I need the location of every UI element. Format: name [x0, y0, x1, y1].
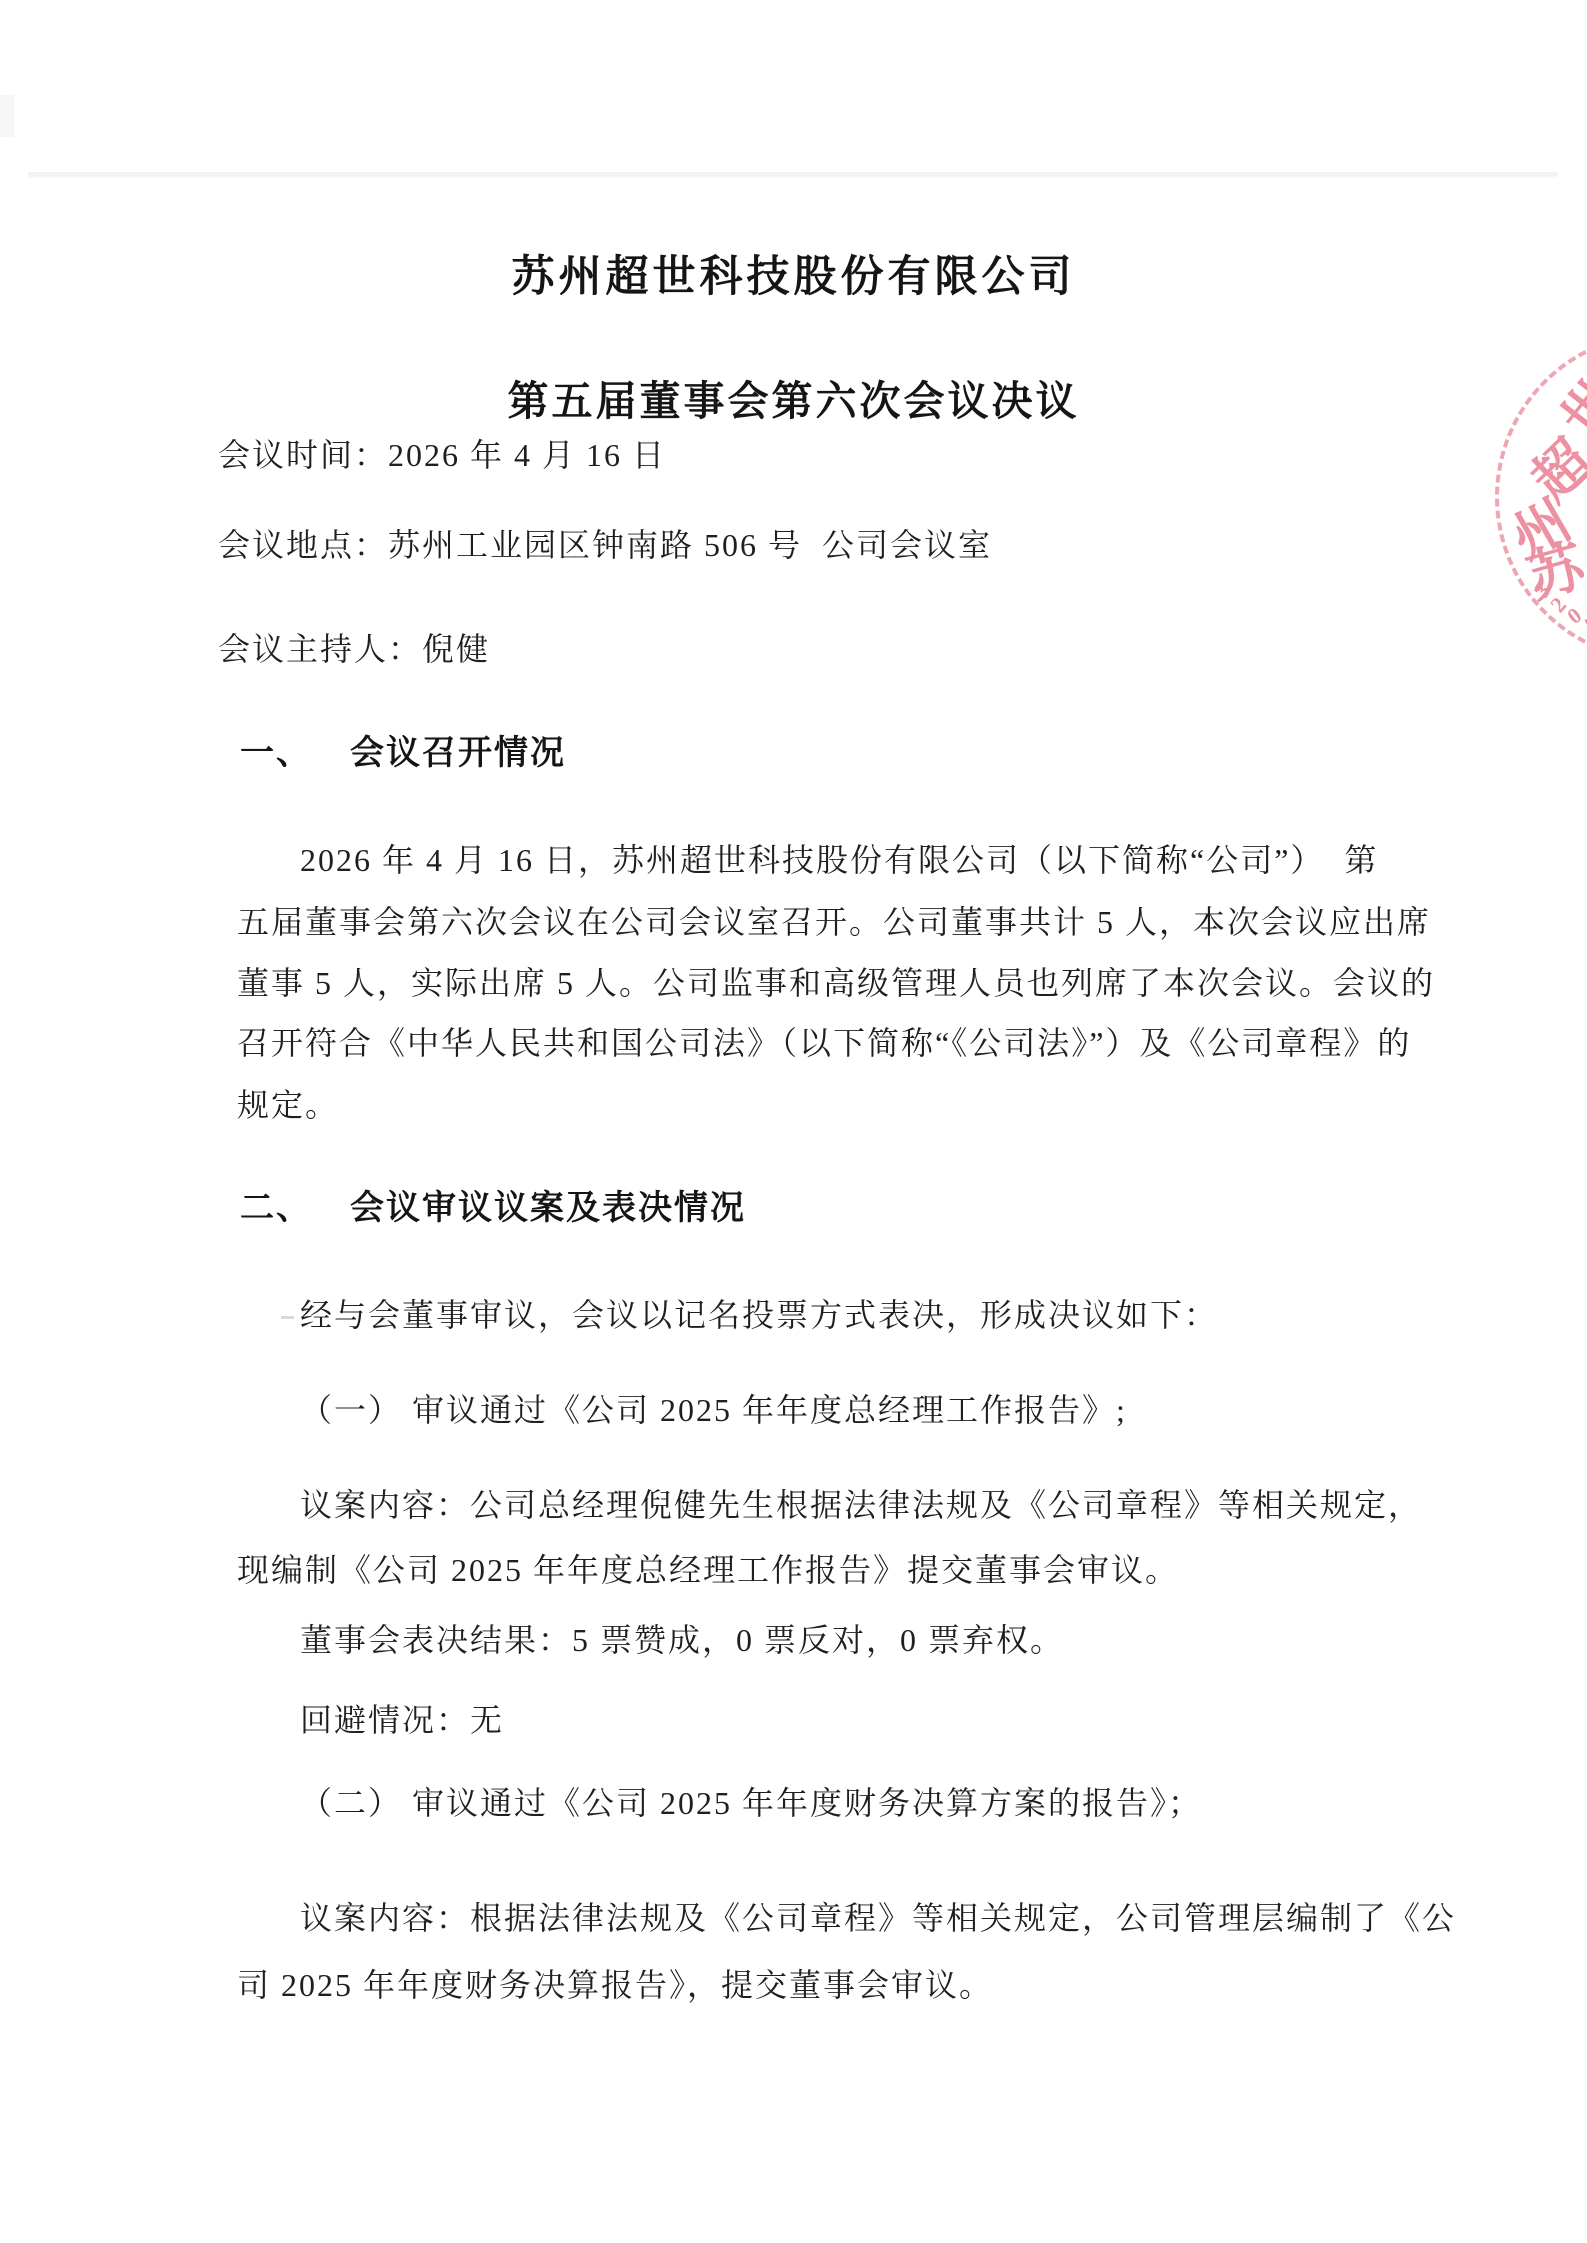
section2-intro: 经与会董事审议，会议以记名投票方式表决，形成决议如下： [300, 1298, 1218, 1333]
item1-heading: （一） 审议通过《公司 2025 年年度总经理工作报告》; [300, 1393, 1127, 1428]
section1-paragraph-line5: 规定。 [237, 1088, 339, 1123]
section2-number: 二、 [240, 1190, 312, 1227]
item1-content-line1: 议案内容：公司总经理倪健先生根据法律法规及《公司章程》等相关规定， [300, 1488, 1422, 1523]
meeting-place: 会议地点：苏州工业园区钟南路 506 号 公司会议室 [218, 528, 992, 563]
section1-number: 一、 [240, 735, 312, 772]
section2-title: 会议审议议案及表决情况 [350, 1190, 746, 1227]
item1-content-line2: 现编制《公司 2025 年年度总经理工作报告》提交董事会审议。 [237, 1553, 1179, 1588]
company-title: 苏州超世科技股份有限公司 [0, 243, 1587, 304]
section1-title: 会议召开情况 [350, 735, 566, 772]
item2-heading: （二） 审议通过《公司 2025 年年度财务决算方案的报告》； [300, 1786, 1202, 1821]
scan-dash-artifact [281, 1316, 294, 1319]
item2-content-line2: 司 2025 年年度财务决算报告》，提交董事会审议。 [237, 1968, 993, 2003]
meeting-time: 会议时间：2026 年 4 月 16 日 [218, 438, 666, 473]
item1-vote-result: 董事会表决结果：5 票赞成，0 票反对，0 票弃权。 [300, 1623, 1064, 1658]
scan-artifact-line [28, 172, 1558, 178]
item2-content-line1: 议案内容：根据法律法规及《公司章程》等相关规定，公司管理层编制了《公 [300, 1901, 1456, 1936]
document-page: 苏州超世科技股份有限公司 第五届董事会第六次会议决议 会议时间：2026 年 4… [0, 0, 1587, 2243]
section1-paragraph-line4: 召开符合《中华人民共和国公司法》（以下简称“《公司法》”）及《公司章程》的 [237, 1026, 1411, 1061]
resolution-title: 第五届董事会第六次会议决议 [0, 368, 1587, 427]
section1-paragraph-line3: 董事 5 人，实际出席 5 人。公司监事和高级管理人员也列席了本次会议。会议的 [237, 966, 1435, 1001]
meeting-host: 会议主持人：倪健 [218, 632, 490, 667]
section1-paragraph-line2: 五届董事会第六次会议在公司会议室召开。公司董事共计 5 人，本次会议应出席 [237, 905, 1431, 940]
section1-paragraph-line1: 2026 年 4 月 16 日，苏州超世科技股份有限公司（以下简称“公司”） 第 [300, 843, 1378, 878]
item1-recusal: 回避情况：无 [300, 1703, 504, 1738]
scan-edge-smudge [0, 95, 14, 137]
